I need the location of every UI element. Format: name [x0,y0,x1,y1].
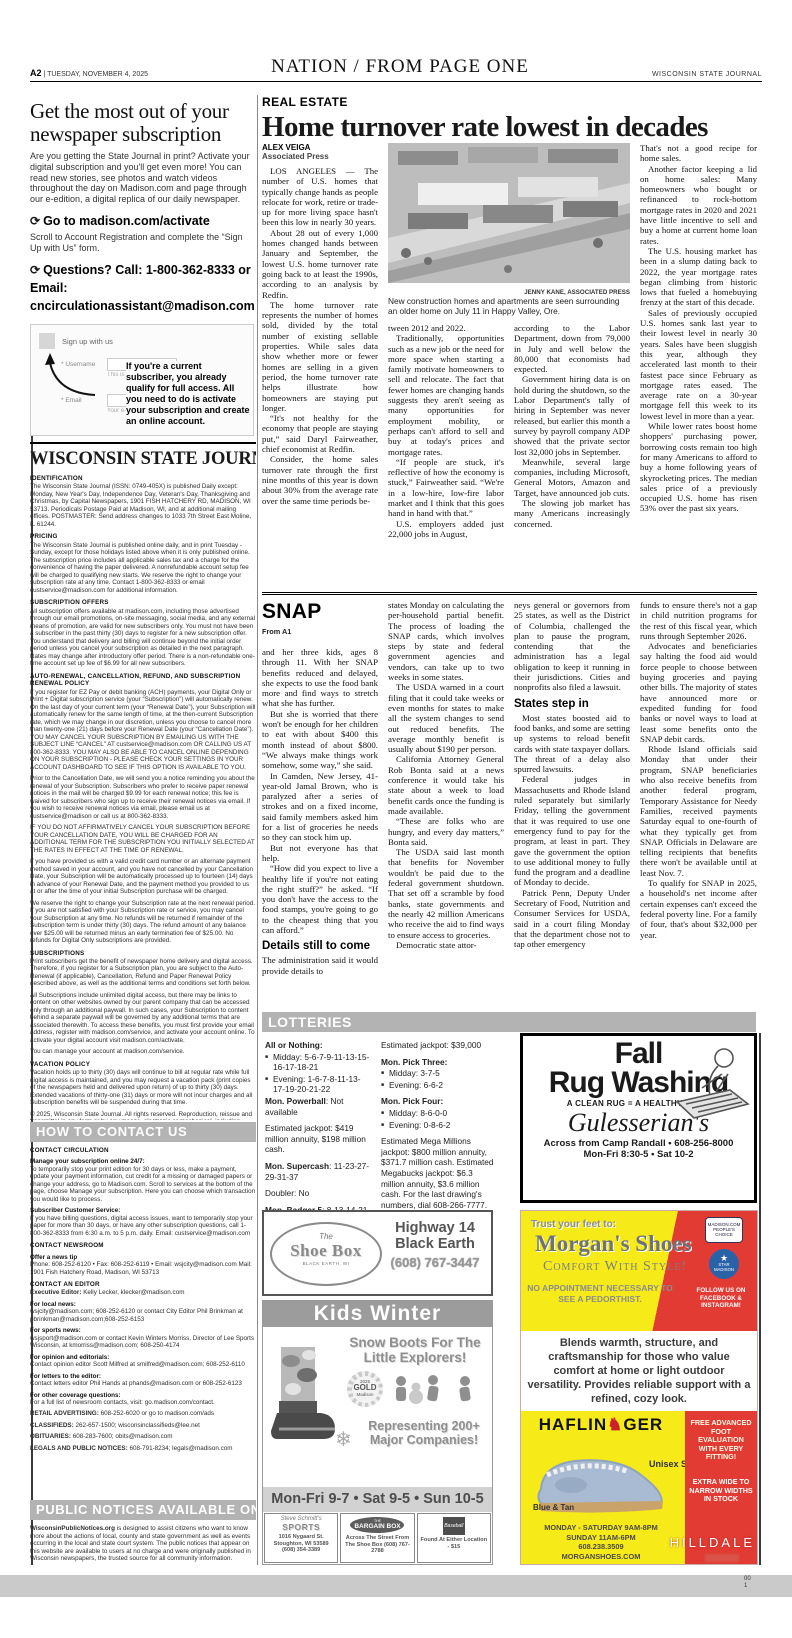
public-notices-section: PUBLIC NOTICES AVAILABLE ONLINE Wisconsi… [30,1500,256,1567]
paragraph: “If people are stuck, it's reflective of… [388,457,504,519]
snap-headline: SNAP [262,600,378,624]
article-body: ALEX VEIGA Associated Press LOS ANGELES … [262,143,757,592]
draw-result: Evening: 6-6-2 [381,1080,497,1091]
paragraph: OBITUARIES: 608-283-7600; obits@madison.… [30,1433,256,1441]
paragraph: To temporarily stop your print edition f… [30,1166,256,1204]
paragraph: “These are folks who are hungry, and eve… [388,816,504,847]
game-label: Mon. Pick Four: [381,1096,497,1107]
ad-address-line: Black Earth [382,1236,488,1252]
snap-column-3: neys general or governors from 25 states… [514,600,630,1008]
jump-tag: From A1 [262,627,378,636]
paragraph: The home turnover rate represents the nu… [262,300,378,413]
partner-box-sports: Steve Schmitt's SPORTS 1016 Nygaard St. … [264,1513,338,1563]
paragraph: The Wisconsin State Journal is published… [30,542,256,595]
social-callout: FOLLOW US ON FACEBOOK & INSTAGRAM! [691,1287,751,1310]
press-marker: 00 1 [744,1576,751,1590]
star-madison-badge: ★STAR MADISON [709,1249,739,1279]
badge-sub: Madison [352,1392,379,1397]
lotteries-banner: LOTTERIES [262,1012,756,1032]
lotteries-column-2: Estimated jackpot: $39,000 Mon. Pick Thr… [381,1040,497,1216]
cta-title: Questions? Call: 1-800-362-8333 or Email… [30,263,255,313]
draw-result: Evening: 1-6-7-8-11-13-17-19-20-21-22 [265,1074,371,1095]
partner-address: Across The Street From The Shoe Box (608… [341,1535,413,1555]
bold-lead: LEGALS AND PUBLIC NOTICES: [30,1445,129,1452]
paragraph: Government hiring data is on hold during… [514,374,630,456]
paragraph: neys general or governors from 25 states… [514,600,630,693]
paragraph: IF YOU DO NOT AFFIRMATIVELY CANCEL YOUR … [30,824,256,854]
paragraph: WisconsinPublicNotices.org is designed t… [30,1525,256,1563]
partner-box-baseball: Baseball Found At Either Location - $15 [417,1513,491,1563]
byline: ALEX VEIGA Associated Press [262,143,378,161]
draw-result: Midday: 8-6-0-0 [381,1108,497,1119]
paragraph: All Subscriptions include unlimited digi… [30,992,256,1045]
section-divider-rule [262,592,757,595]
logo-text: GER [623,1415,663,1434]
ad-tagline: Comfort With Style! [543,1259,687,1275]
hours-line: SUNDAY 11AM-6PM [521,1533,681,1543]
bold-lead: RETAIL ADVERTISING: [30,1410,101,1417]
paragraph: The slowing job market has many American… [514,498,630,529]
partner-name: SPORTS [265,1522,337,1532]
article-kicker: REAL ESTATE [262,95,757,109]
paper-name: WISCONSIN STATE JOURNAL [652,71,762,78]
signup-title: Sign up with us [62,337,113,346]
paragraph: Patrick Penn, Deputy Under Secretary of … [514,888,630,950]
column-divider [257,95,258,1565]
snap-column-2: states Monday on calculating the per-hou… [388,600,504,1008]
store-hours: Mon-Fri 9-7 • Sat 9-5 • Sun 10-5 [263,1487,492,1512]
paragraph: Sales of previously occupied U.S. homes … [640,308,757,421]
press-marker-line: 1 [744,1583,751,1590]
callout-arrow-icon [37,351,97,399]
paragraph: “It's not healthy for the economy that p… [262,413,378,454]
real-estate-article: REAL ESTATE Home turnover rate lowest in… [262,95,757,592]
jackpot: Estimated Mega Millions jackpot: $800 mi… [381,1136,497,1210]
bold-lead: CLASSIFIEDS: [30,1422,75,1429]
ad-morgans-shoes: Trust your feet to: Morgan's Shoes Comfo… [520,1210,758,1565]
subheading: SUBSCRIPTION OFFERS [30,599,256,606]
logo-text: HAFLIN [539,1415,607,1434]
ad-phone: 608.238.3509 [521,1542,681,1552]
photo-credit: JENNY KANE, ASSOCIATED PRESS [388,289,630,296]
paragraph: Advocates and beneficiaries say halting … [640,641,757,744]
subheading: For letters to the editor: [30,1373,256,1380]
paragraph: But not everyone has that help. [262,843,378,864]
subheading: For opinion and editorials: [30,1354,256,1361]
ad-headline: Snow Boots For The Little Explorers! [341,1335,489,1365]
paragraph: Traditionally, opportunities such as a n… [388,333,504,457]
paragraph: RETAIL ADVERTISING: 608-252-6020 or go t… [30,1410,256,1418]
ad-kids-winter: Kids Winter Snow Boots For The Little Ex… [262,1300,493,1565]
paragraph: The USDA said last month that benefits f… [388,847,504,940]
contact-banner: HOW TO CONTACT US [30,1122,256,1142]
subscriber-callout: If you're a current subscriber, you alre… [126,361,252,427]
paragraph: For a full list of newsroom contacts, vi… [30,1399,256,1407]
column-text: and her three kids, ages 8 through 11. W… [262,647,378,976]
article-headline: Home turnover rate lowest in decades [262,112,757,143]
paragraph: To qualify for SNAP in 2025, a household… [640,878,757,940]
logo-brand: BARGAIN BOX [350,1523,404,1530]
date: | TUESDAY, NOVEMBER 4, 2025 [43,71,148,78]
aerial-photo [388,143,630,283]
paragraph: Most states boosted aid to food banks, a… [514,713,630,775]
paragraph: Phone: 608-252-6120 • Fax: 608-252-6119 … [30,1261,256,1276]
paragraph: tween 2012 and 2022. [388,323,504,333]
game-label: Mon. Supercash [265,1161,329,1171]
paragraph: Democratic state attor- [388,940,504,950]
snap-column-1: SNAP From A1 and her three kids, ages 8 … [262,600,378,1008]
bold-lead: WisconsinPublicNotices.org [30,1525,117,1532]
ad-address-line: Highway 14 [382,1220,488,1236]
paragraph: © 2025, Wisconsin State Journal. All rig… [30,1111,256,1120]
paragraph: Contact opinion editor Scott Milfred at … [30,1361,256,1369]
paragraph: Federal judges in Massachusetts and Rhod… [514,774,630,887]
promo-headline: Get the most out of your newspaper subsc… [30,100,256,146]
bargain-box-logo: THE BARGAIN BOX [350,1517,404,1533]
ad-note: NO APPOINTMENT NECESSARY TO SEE A PEDORT… [525,1283,675,1305]
hilldale-logo: HILLDALE [670,1535,755,1550]
rug-washer-illustration [672,1044,752,1134]
lotteries-results: All or Nothing: Midday: 5-6-7-9-11-13-15… [265,1040,497,1208]
paragraph: Consider, the home sales turnover rate t… [262,454,378,505]
subheading: States step in [514,698,630,711]
paragraph: That's not a good recipe for home sales. [640,143,757,164]
byline-org: Associated Press [262,152,378,161]
lotteries-column-1: All or Nothing: Midday: 5-6-7-9-11-13-15… [265,1040,371,1232]
signup-screenshot: Sign up with us * Username This is the d… [30,324,254,436]
star-icon: ★ [709,1254,739,1262]
horse-icon: ♞ [607,1415,623,1434]
partner-boxes: Steve Schmitt's SPORTS 1016 Nygaard St. … [263,1513,492,1563]
subheading: For sports news: [30,1327,256,1334]
ad-address: Across from Camp Randall • 608-256-8000 [523,1138,754,1149]
jackpot: Estimated jackpot: $39,000 [381,1040,497,1051]
partner-address: Found At Either Location - $15 [418,1537,490,1550]
username-label: * Username [61,361,95,368]
paragraph: funds to ensure there's not a gap in chi… [640,600,757,641]
snap-column-4: funds to ensure there's not a gap in chi… [640,600,757,1008]
shoe-box-logo: The Shoe Box BLACK EARTH, WI [270,1222,382,1286]
curved-arrow-icon: ⟳ [30,263,40,277]
bold-lead: Executive Editor: [30,1289,83,1296]
subheading: IDENTIFICATION [30,475,256,482]
article-column-1: ALEX VEIGA Associated Press LOS ANGELES … [262,143,378,592]
notices-banner: PUBLIC NOTICES AVAILABLE ONLINE [30,1500,256,1520]
folio-left: A2 | TUESDAY, NOVEMBER 4, 2025 [30,68,148,78]
column-text: LOS ANGELES — The number of U.S. homes t… [262,166,378,506]
free-evaluation-offer: FREE ADVANCED FOOT EVALUATION WITH EVERY… [685,1419,757,1462]
subheading: PRICING [30,533,256,540]
ad-phone: (608) 767-3447 [382,1255,488,1270]
paragraph: “How did you expect to live a healthy li… [262,863,378,935]
ad-gulesserians: Fall Rug Washing A CLEAN RUG = A HEALTHY… [520,1033,757,1203]
paragraph: Meanwhile, several large companies, incl… [514,457,630,498]
ad-description: Blends warmth, structure, and craftsmans… [527,1336,751,1406]
subheading: CONTACT CIRCULATION [30,1147,256,1154]
bottom-fold-strip [0,1575,792,1597]
paragraph: The U.S. housing market has been in a sl… [640,246,757,308]
paragraph: CLASSIFIEDS: 262-657-1500; wisconsinclas… [30,1422,256,1430]
cta-text: Scroll to Account Registration and compl… [30,232,256,254]
paragraph: But she is worried that there won't be e… [262,709,378,771]
store-hours: MONDAY - SATURDAY 9AM-8PM SUNDAY 11AM-6P… [521,1523,681,1561]
signup-logo [39,333,55,349]
paragraph: states Monday on calculating the per-hou… [388,600,504,682]
subscription-promo: Get the most out of your newspaper subsc… [30,100,256,436]
paragraph: wsjsport@madison.com or contact Kevin Wi… [30,1335,256,1350]
logo-location: BLACK EARTH, WI [272,1261,380,1266]
paragraph: Prior to the Cancellation Date, we will … [30,775,256,820]
cta-title: Go to madison.com/activate [43,214,210,228]
promo-intro: Are you getting the State Journal in pri… [30,151,256,205]
snow-boot-illustration [267,1341,339,1451]
ad-bottom-band: HAFLIN♞GER Unisex Sizes Blue & Tan MONDA… [521,1411,757,1565]
paragraph: Executive Editor: Kelly Lecker, klecker@… [30,1289,256,1297]
ad-kicker: Trust your feet to: [531,1219,616,1230]
paragraph: according to the Labor Department, down … [514,323,630,374]
left-rail: Get the most out of your newspaper subsc… [30,100,256,1578]
notices-text: WisconsinPublicNotices.org is designed t… [30,1525,256,1563]
subheading: For local news: [30,1301,256,1308]
peoples-choice-badge: MADISON.COM PEOPLE'S CHOICE [705,1217,743,1243]
gold-award-badge: 2025 GOLD Madison [347,1371,383,1407]
subheading: Manage your subscription online 24/7: [30,1158,256,1165]
draw-result: Midday: 3-7-5 [381,1068,497,1079]
kids-playing-illustration [389,1373,485,1409]
paragraph: If you register for EZ Pay or debit bank… [30,689,256,772]
subheading: VACATION POLICY [30,1061,256,1068]
paragraph: California Attorney General Rob Bonta sa… [388,754,504,816]
masthead-legal: WISCONSIN STATE JOURNAL IDENTIFICATIONTh… [30,442,256,1120]
subheading: For other coverage questions: [30,1392,256,1399]
legal-text: IDENTIFICATIONThe Wisconsin State Journa… [30,475,256,1120]
promo-cta-activate: ⟳Go to madison.com/activate Scroll to Ac… [30,212,256,254]
bold-lead: OBITUARIES: [30,1433,73,1440]
contact-section: HOW TO CONTACT US CONTACT CIRCULATIONMan… [30,1122,256,1497]
subheading: Subscriber Customer Service: [30,1207,256,1214]
byline-author: ALEX VEIGA [262,143,378,152]
partner-box-bargain-box: THE BARGAIN BOX Across The Street From T… [340,1513,414,1563]
ad-body: Snow Boots For The Little Explorers! 202… [263,1327,492,1487]
paragraph: Another factor keeping a lid on home sal… [640,164,757,246]
paragraph: The USDA warned in a court filing that i… [388,682,504,754]
advertiser-name: Morgan's Shoes [535,1231,692,1257]
promo-cta-questions: ⟳Questions? Call: 1-800-362-8333 or Emai… [30,261,256,315]
partner-address: 1016 Nygaard St. Stoughton, WI 53589 (60… [265,1534,337,1554]
paragraph: If you have provided us with a valid cre… [30,858,256,896]
paragraph: You can manage your account at madison.c… [30,1048,256,1056]
subheading: CONTACT NEWSROOM [30,1242,256,1249]
jackpot: Estimated jackpot: $419 million annuity,… [265,1123,371,1155]
subheading: AUTO-RENEWAL, CANCELLATION, REFUND, AND … [30,673,256,688]
article-column-4: That's not a good recipe for home sales.… [640,143,757,592]
hours-line: MONDAY - SATURDAY 9AM-8PM [521,1523,681,1533]
page-number: A2 [30,68,42,78]
widths-note: EXTRA WIDE TO NARROW WIDTHS IN STOCK [685,1478,757,1504]
page-edge-rule-right [759,1033,761,1565]
masthead-title: WISCONSIN STATE JOURNAL [30,449,256,470]
paragraph: LEGALS AND PUBLIC NOTICES: 608-791-8234;… [30,1445,256,1453]
snap-article: SNAP From A1 and her three kids, ages 8 … [262,600,757,1008]
paragraph: Rhode Island officials said Monday that … [640,744,757,878]
subheading: SUBSCRIPTIONS [30,950,256,957]
contact-list: CONTACT CIRCULATIONManage your subscript… [30,1147,256,1452]
paragraph: Contact letters editor Phil Hands at pha… [30,1380,256,1388]
paragraph: The administration said it would provide… [262,955,378,976]
curved-arrow-icon: ⟳ [30,214,40,228]
logo-the: The [272,1232,380,1241]
subheading: Offer a news tip [30,1254,256,1261]
paragraph: Print subscribers get the benefit of new… [30,958,256,988]
badge-title: STAR MADISON [709,1262,739,1272]
game-label: All or Nothing: [265,1040,371,1051]
ad-top-band: Trust your feet to: Morgan's Shoes Comfo… [521,1211,757,1331]
ad-hours: Mon-Fri 8:30-5 • Sat 10-2 [523,1149,754,1160]
ad-description-band: Blends warmth, structure, and craftsmans… [521,1331,757,1411]
paragraph: If you have billing questions, digital a… [30,1215,256,1238]
paragraph: In Camden, New Jersey, 41-year-old Jamal… [262,771,378,843]
draw-result: Doubler: No [265,1188,371,1199]
page-header: A2 | TUESDAY, NOVEMBER 4, 2025 NATION / … [30,56,762,82]
email-label: * Email [61,397,82,404]
subheading: CONTACT AN EDITOR [30,1281,256,1288]
paragraph: All subscription offers available at mad… [30,608,256,668]
subheading: Details still to come [262,940,378,953]
article-photo-block: JENNY KANE, ASSOCIATED PRESS New constru… [388,143,630,319]
haflinger-logo: HAFLIN♞GER [521,1415,681,1435]
shoe-box-address: Highway 14 Black Earth (608) 767-3447 [382,1220,488,1270]
baseball-card-image: Baseball [443,1517,465,1535]
logo-brand: Shoe Box [272,1241,380,1261]
paragraph: About 28 out of every 1,000 homes change… [262,228,378,300]
draw-result: Evening: 0-8-6-2 [381,1120,497,1131]
ad-header: Kids Winter [263,1301,492,1327]
hilldale-mark [705,1554,739,1562]
section-title: NATION / FROM PAGE ONE [271,56,529,78]
paragraph: wsjcity@madison.com; 608-252-6120 or con… [30,1308,256,1323]
paragraph: U.S. employers added just 22,000 jobs in… [388,519,504,540]
snowflake-icon: ❄ [335,1427,352,1452]
article-column-2: tween 2012 and 2022.Traditionally, oppor… [388,323,504,592]
paragraph: We reserve the right to change your Subs… [30,900,256,945]
paragraph: While lower rates boost home shoppers' p… [640,421,757,514]
article-column-3: according to the Labor Department, down … [514,323,630,592]
press-marker-line: 00 [744,1576,751,1583]
game-label: Mon. Powerball [265,1096,326,1106]
color-options: Blue & Tan [533,1503,574,1512]
badge-title: GOLD [352,1384,379,1392]
ad-shoe-box: The Shoe Box BLACK EARTH, WI Highway 14 … [262,1210,493,1296]
draw-result: Mon. Supercash: 11-23-27-29-31-37 [265,1161,371,1182]
paragraph: The Wisconsin State Journal (ISSN: 0749-… [30,483,256,528]
ad-website: MORGANSHOES.COM [521,1552,681,1562]
game-label: Mon. Pick Three: [381,1057,497,1068]
newspaper-page: A2 | TUESDAY, NOVEMBER 4, 2025 NATION / … [0,0,792,1638]
draw-result: Mon. Powerball: Not available [265,1096,371,1117]
paragraph: LOS ANGELES — The number of U.S. homes t… [262,166,378,228]
paragraph: Vacation holds up to thirty (30) days wi… [30,1069,256,1107]
paragraph: and her three kids, ages 8 through 11. W… [262,647,378,709]
ad-representing: Representing 200+ Major Companies! [359,1419,489,1447]
photo-caption: New construction homes and apartments ar… [388,297,630,317]
draw-result: Midday: 5-6-7-9-11-13-15-16-17-18-21 [265,1052,371,1073]
